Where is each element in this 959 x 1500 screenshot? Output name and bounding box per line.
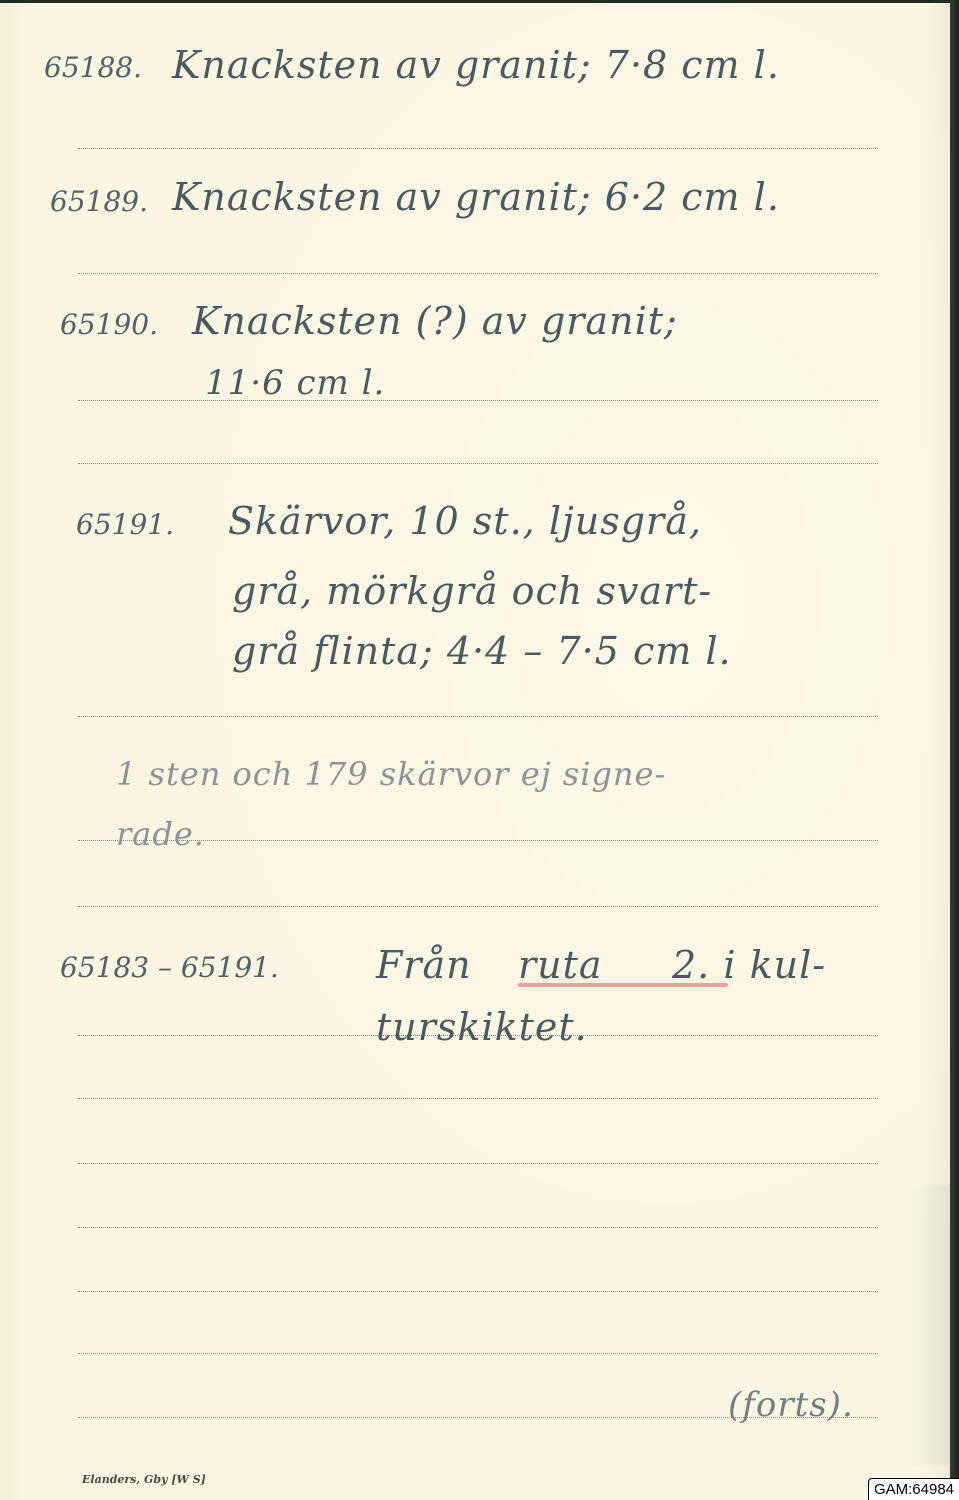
ruled-line	[78, 1291, 878, 1292]
range-number: 65183 – 65191.	[60, 951, 279, 984]
range-text-after: 2. i kul-	[672, 943, 826, 987]
range-underlined-word: ruta	[518, 943, 603, 987]
catalog-card: 65188. Knacksten av granit; 7·8 cm l. 65…	[0, 3, 950, 1500]
card-edge	[950, 0, 959, 1500]
entry-text: Knacksten av granit; 6·2 cm l.	[172, 175, 780, 219]
entry-continuation: grå flinta; 4·4 – 7·5 cm l.	[232, 629, 732, 673]
ruled-line	[78, 1227, 878, 1228]
entry-text: Knacksten (?) av granit;	[192, 299, 678, 343]
printer-mark: Elanders, Gby [W S]	[82, 1473, 206, 1486]
ruled-line	[78, 400, 878, 401]
entry-number: 65188.	[44, 51, 142, 84]
entry-continuation: grå, mörkgrå och svart-	[232, 569, 712, 613]
entry-text: Skärvor, 10 st., ljusgrå,	[228, 499, 702, 543]
range-text-before: Från	[376, 943, 472, 987]
ruled-line	[78, 906, 878, 907]
entry-text: Knacksten av granit; 7·8 cm l.	[172, 43, 780, 87]
pencil-note-line: rade.	[116, 815, 205, 853]
ruled-line	[78, 1353, 878, 1354]
continued-note: (forts).	[728, 1385, 854, 1425]
entry-number: 65189.	[50, 185, 148, 218]
archive-stamp: GAM:64984	[868, 1478, 959, 1500]
ruled-line	[78, 463, 878, 464]
ruled-line	[78, 716, 878, 717]
ruled-line	[78, 1098, 878, 1099]
paper-stain	[905, 1185, 950, 1465]
ruled-line	[78, 148, 878, 149]
red-pencil-underline	[518, 983, 728, 987]
ruled-line	[78, 273, 878, 274]
range-continuation: turskiktet.	[376, 1005, 588, 1049]
pencil-note-line: 1 sten och 179 skärvor ej signe-	[116, 755, 666, 793]
ruled-line	[78, 1163, 878, 1164]
entry-number: 65191.	[76, 508, 174, 541]
entry-continuation: 11·6 cm l.	[205, 363, 385, 403]
entry-number: 65190.	[60, 308, 158, 341]
